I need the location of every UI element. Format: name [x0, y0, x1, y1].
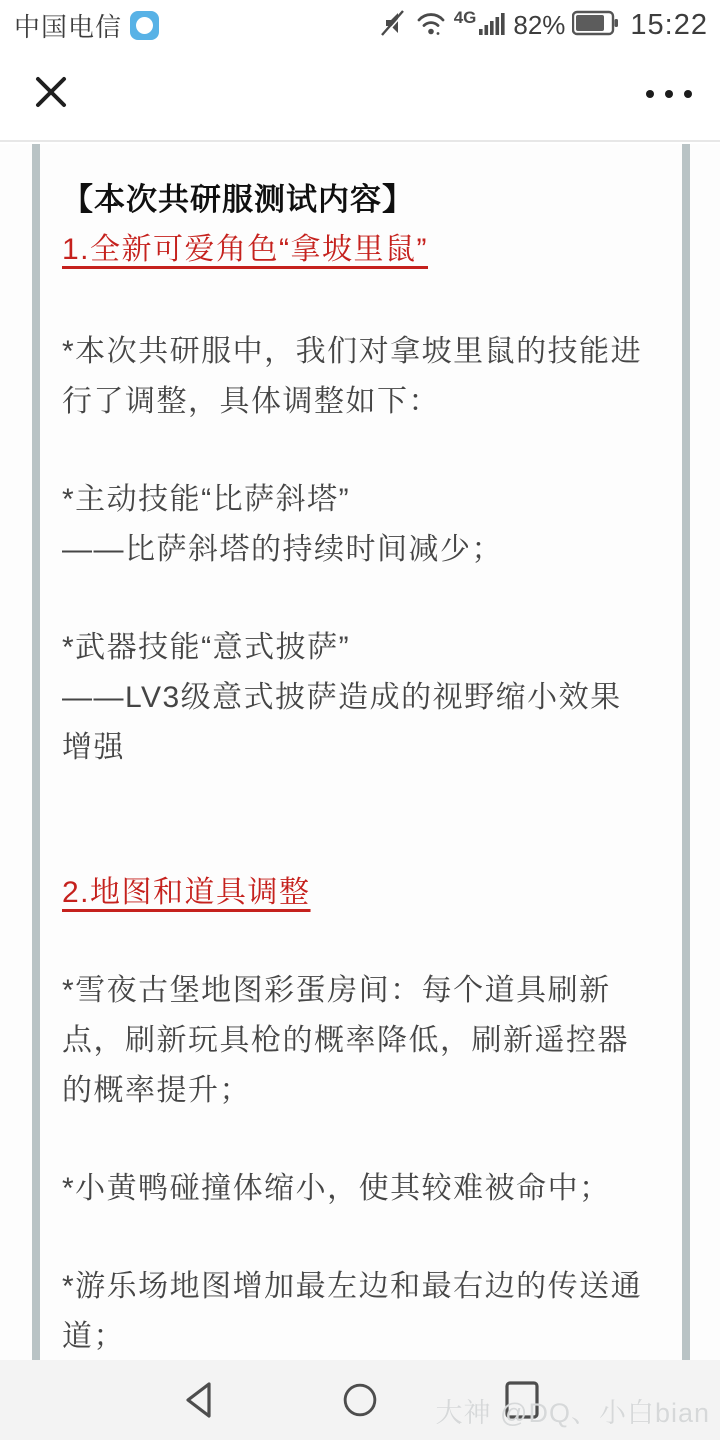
battery-percent-label: 82%	[513, 10, 565, 41]
network-type-label: 4G	[454, 8, 477, 28]
section-heading-link[interactable]: 2.地图和道具调整	[62, 868, 647, 918]
article-title: 【本次共研服测试内容】	[62, 175, 647, 225]
article-paragraph: *小黄鸭碰撞体缩小，使其较难被命中；	[62, 1164, 647, 1214]
back-button[interactable]	[180, 1378, 216, 1422]
signal-bars-icon	[479, 10, 506, 41]
content-frame-right-border	[682, 144, 690, 1360]
clock-label: 15:22	[630, 9, 708, 42]
article-paragraph: *主动技能“比萨斜塔” ——比萨斜塔的持续时间减少；	[62, 475, 647, 575]
watermark-label: 大神 @DQ、小白bian	[436, 1391, 710, 1430]
article-section: 1.全新可爱角色“拿坡里鼠” *本次共研服中，我们对拿坡里鼠的技能进行了调整，具…	[62, 225, 647, 773]
carrier-label: 中国电信	[14, 7, 122, 44]
more-dots-icon	[646, 90, 654, 98]
status-bar: 中国电信 4G	[0, 0, 720, 48]
more-button[interactable]	[644, 80, 694, 108]
home-icon	[342, 1380, 378, 1420]
article-paragraph: *本次共研服中，我们对拿坡里鼠的技能进行了调整，具体调整如下：	[62, 327, 647, 427]
battery-icon	[572, 10, 619, 41]
wifi-icon	[415, 9, 447, 42]
webview-header	[0, 48, 720, 142]
close-icon	[32, 73, 70, 111]
home-button[interactable]	[342, 1378, 378, 1422]
article-paragraph: *武器技能“意式披萨” ——LV3级意式披萨造成的视野缩小效果增强	[62, 623, 647, 773]
article-paragraph: *雪夜古堡地图彩蛋房间：每个道具刷新点，刷新玩具枪的概率降低，刷新遥控器的概率提…	[62, 966, 647, 1116]
app-badge-icon	[130, 11, 159, 40]
status-bar-left: 中国电信	[14, 7, 159, 44]
mute-icon	[378, 8, 408, 43]
content-frame-left-border	[32, 144, 40, 1360]
status-bar-right: 4G 82% 15:22	[378, 8, 708, 43]
back-icon	[182, 1380, 214, 1420]
article-paragraph: *游乐场地图增加最左边和最右边的传送通道；	[62, 1262, 647, 1362]
article-section: 2.地图和道具调整 *雪夜古堡地图彩蛋房间：每个道具刷新点，刷新玩具枪的概率降低…	[62, 868, 647, 1362]
article-body: 【本次共研服测试内容】 1.全新可爱角色“拿坡里鼠” *本次共研服中，我们对拿坡…	[62, 144, 647, 1410]
article-scroll-area[interactable]: 【本次共研服测试内容】 1.全新可爱角色“拿坡里鼠” *本次共研服中，我们对拿坡…	[0, 144, 720, 1360]
close-button[interactable]	[26, 67, 76, 122]
section-heading-link[interactable]: 1.全新可爱角色“拿坡里鼠”	[62, 225, 647, 275]
